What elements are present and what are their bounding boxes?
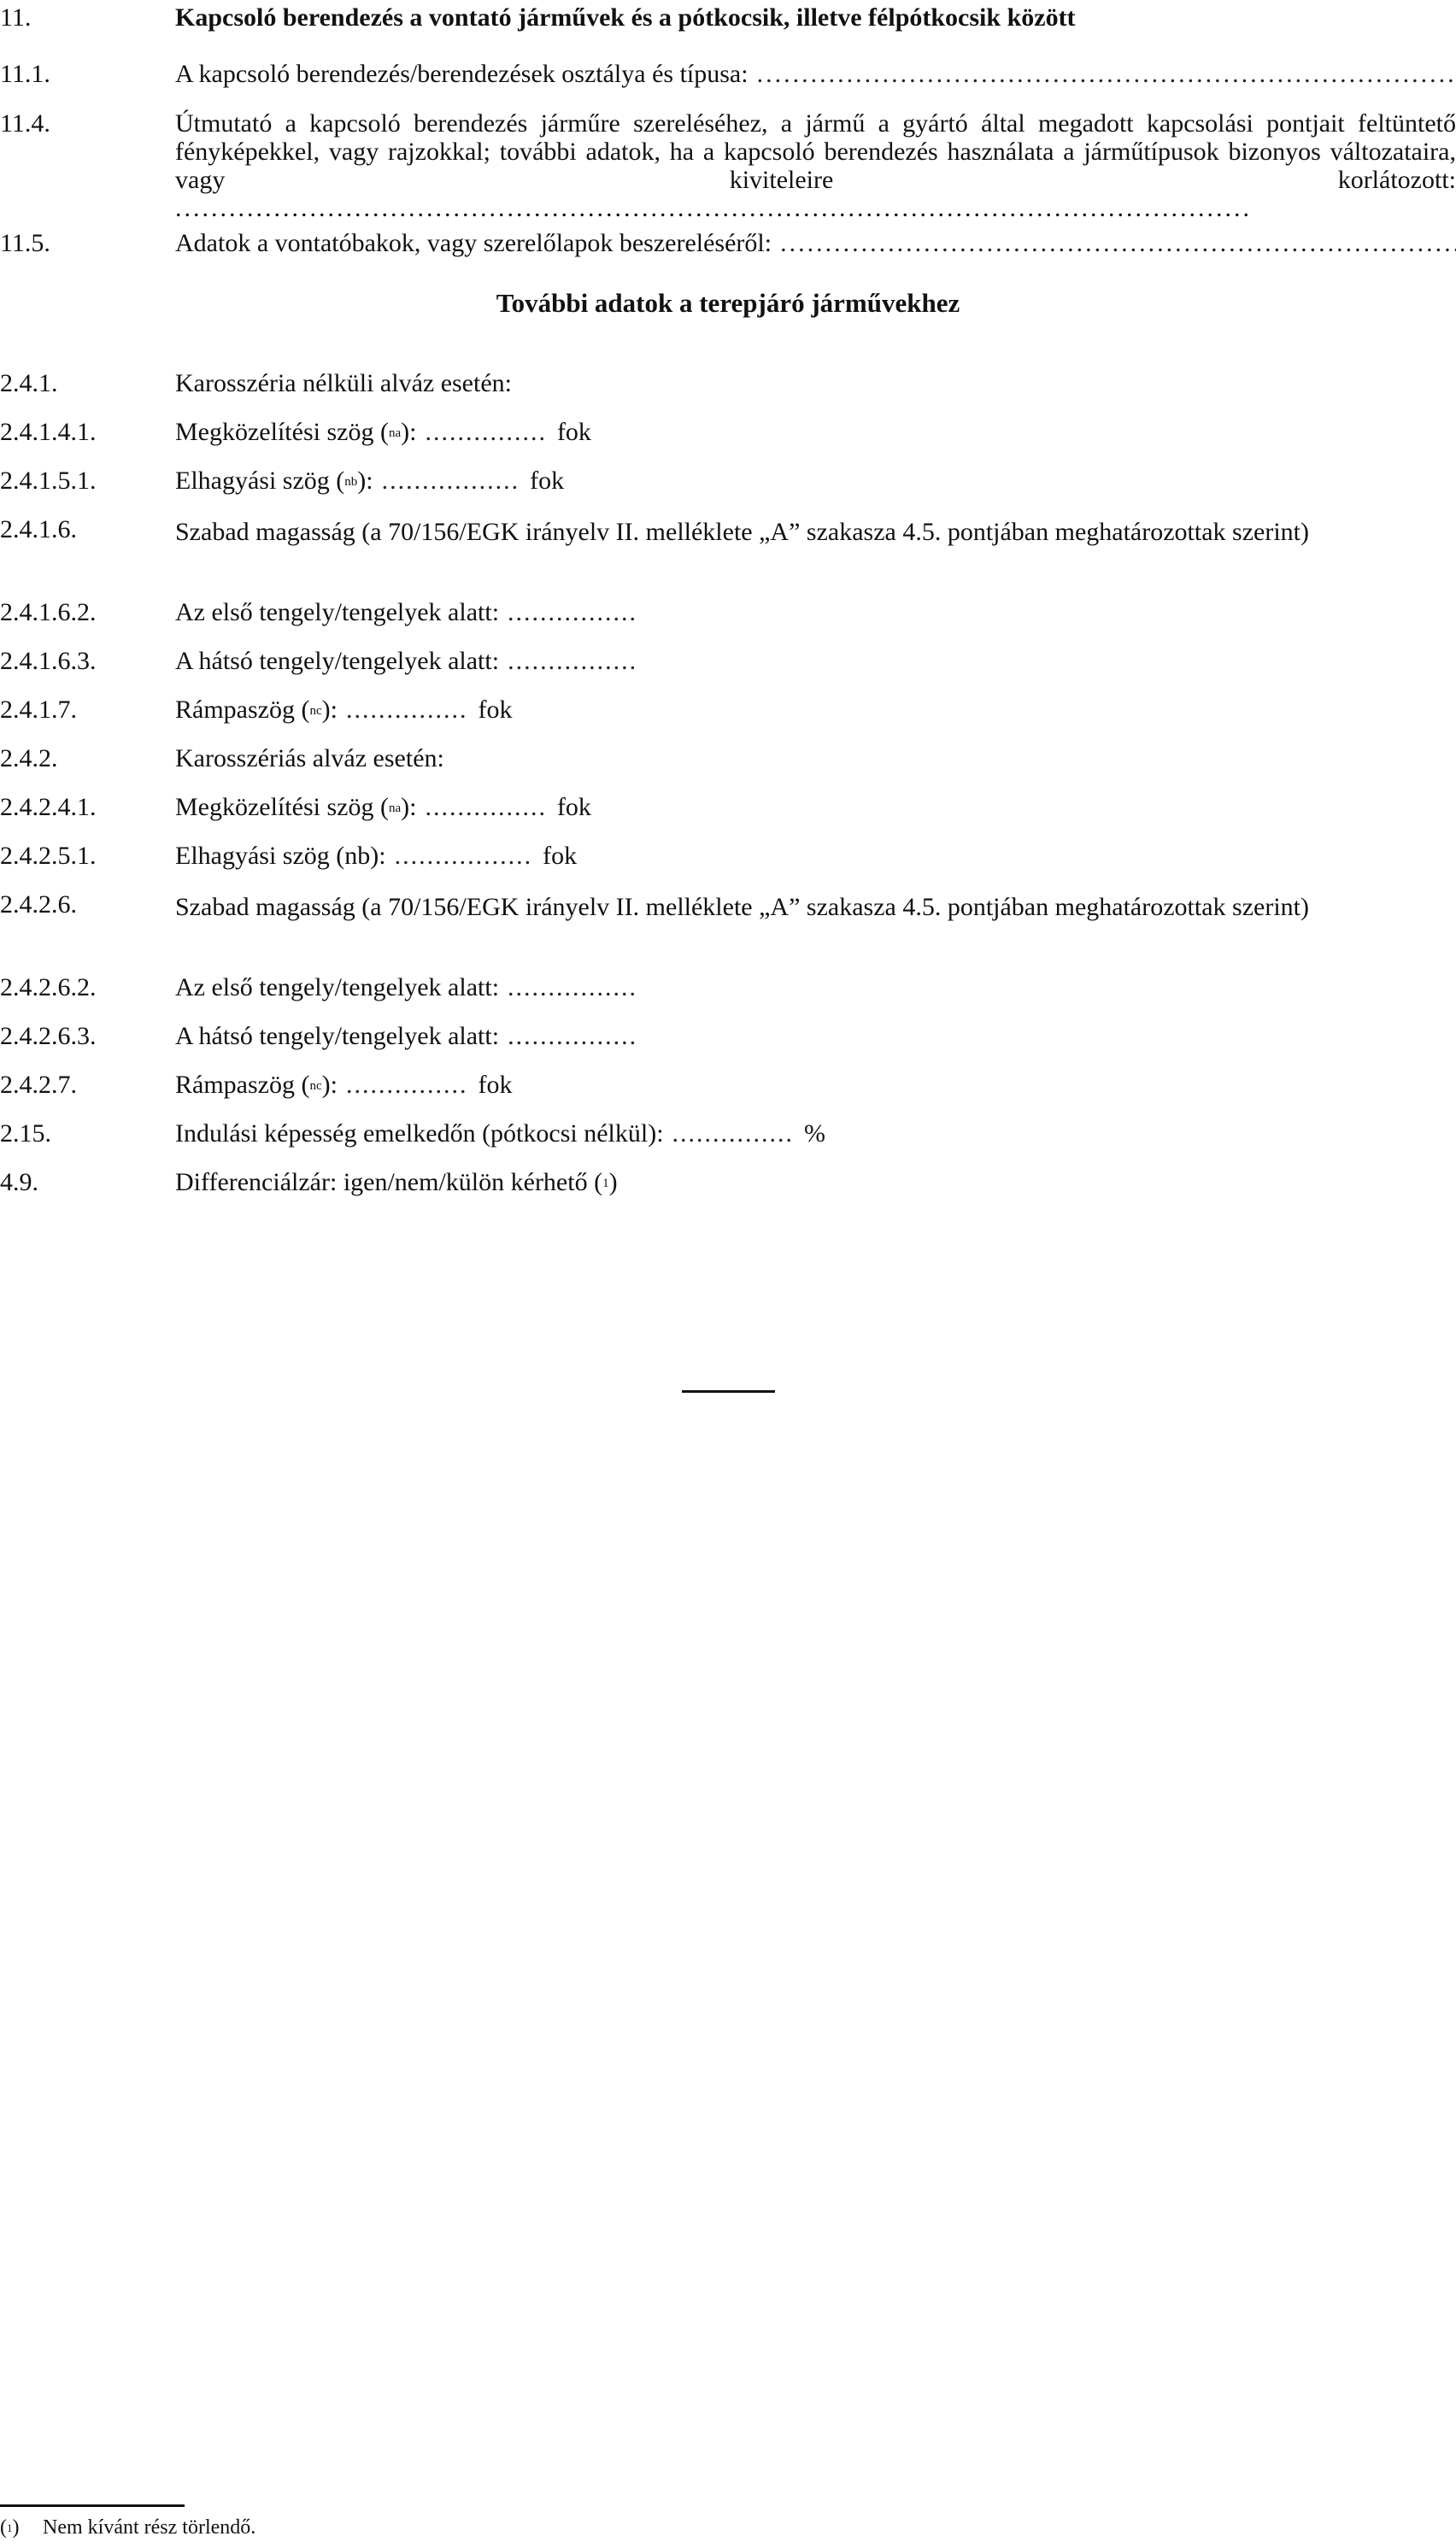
item-number: 2.4.1.7. — [0, 696, 175, 725]
fill-in-field[interactable]: ............... — [425, 793, 547, 821]
offroad-item: 2.4.2.6.3.A hátsó tengely/tengelyek alat… — [0, 1022, 1456, 1051]
item-body: Karosszériás alváz esetén: — [175, 744, 1456, 773]
fill-in-leader[interactable]: ........................................… — [780, 229, 1456, 258]
section-title: Kapcsoló berendezés a vontató járművek é… — [175, 3, 1456, 32]
item-11-1: 11.1. A kapcsoló berendezés/berendezések… — [0, 60, 1456, 89]
unit-label: fok — [557, 418, 591, 446]
item-number: 11.4. — [0, 109, 175, 138]
footnote: (1)Nem kívánt rész törlendő. — [0, 2516, 255, 2539]
fill-in-field[interactable]: ................ — [508, 647, 637, 675]
unit-label: fok — [543, 842, 577, 870]
offroad-item: 2.4.2.7.Rámpaszög (nc):...............fo… — [0, 1071, 1456, 1100]
item-11-4: 11.4. Útmutató a kapcsoló berendezés jár… — [0, 109, 1456, 222]
item-number: 2.4.1.6.2. — [0, 598, 175, 627]
fill-in-field[interactable]: ................ — [508, 1022, 637, 1050]
item-body: A hátsó tengely/tengelyek alatt:........… — [175, 1022, 1456, 1051]
item-number: 2.4.2. — [0, 744, 175, 773]
fill-in-field[interactable]: ................ — [508, 598, 637, 626]
item-text: Karosszéria nélküli alváz esetén: — [175, 369, 512, 397]
item-11-5: 11.5. Adatok a vontatóbakok, vagy szerel… — [0, 229, 1456, 258]
item-text: Az első tengely/tengelyek alatt: — [175, 598, 499, 626]
item-number: 2.4.1.4.1. — [0, 418, 175, 447]
item-text: Rámpaszög ( — [175, 696, 309, 724]
item-body: Rámpaszög (nc):...............fok — [175, 1071, 1456, 1100]
item-text: Szabad magasság (a 70/156/EGK irányelv I… — [175, 518, 1309, 546]
item-body: Útmutató a kapcsoló berendezés járműre s… — [175, 109, 1456, 222]
item-body: Szabad magasság (a 70/156/EGK irányelv I… — [175, 515, 1456, 549]
offroad-item: 2.4.1.4.1.Megközelítési szög (na):......… — [0, 418, 1456, 447]
offroad-item: 2.4.2.5.1.Elhagyási szög (nb):..........… — [0, 842, 1456, 871]
unit-label: fok — [530, 467, 564, 495]
item-text-suffix: ): — [401, 793, 416, 821]
unit-label: fok — [557, 793, 591, 821]
item-body: Rámpaszög (nc):...............fok — [175, 696, 1456, 725]
item-body: A hátsó tengely/tengelyek alatt:........… — [175, 647, 1456, 676]
item-text-suffix: ): — [322, 696, 338, 724]
item-text: Útmutató a kapcsoló berendezés járműre s… — [175, 109, 1456, 194]
item-body: Szabad magasság (a 70/156/EGK irányelv I… — [175, 890, 1456, 925]
item-text: Karosszériás alváz esetén: — [175, 744, 444, 772]
item-number: 2.4.1. — [0, 369, 175, 398]
item-number: 11.1. — [0, 60, 175, 89]
offroad-item: 2.4.1.5.1.Elhagyási szög (nb):..........… — [0, 467, 1456, 496]
item-number: 2.4.2.6.3. — [0, 1022, 175, 1051]
offroad-item: 2.15.Indulási képesség emelkedőn (pótkoc… — [0, 1119, 1456, 1148]
item-text: Szabad magasság (a 70/156/EGK irányelv I… — [175, 893, 1309, 921]
superscript-note: nb — [344, 475, 357, 489]
item-body: Elhagyási szög (nb):.................fok — [175, 842, 1456, 871]
fill-in-field[interactable]: ................. — [382, 467, 520, 495]
item-text: Megközelítési szög ( — [175, 418, 389, 446]
fill-in-field[interactable]: ................ — [508, 973, 637, 1001]
section-11-title-row: 11. Kapcsoló berendezés a vontató járműv… — [0, 3, 1456, 32]
fill-in-leader[interactable]: ........................................… — [757, 60, 1456, 89]
item-number: 2.4.2.5.1. — [0, 842, 175, 871]
item-number: 2.15. — [0, 1119, 175, 1148]
item-text: A hátsó tengely/tengelyek alatt: — [175, 1022, 499, 1050]
item-text: A kapcsoló berendezés/berendezések osztá… — [175, 60, 749, 89]
item-text: Az első tengely/tengelyek alatt: — [175, 973, 499, 1001]
item-body: Adatok a vontatóbakok, vagy szerelőlapok… — [175, 229, 1456, 258]
fill-in-leader[interactable]: ........................................… — [175, 194, 1252, 222]
item-text-suffix: ) — [609, 1168, 618, 1196]
item-number: 4.9. — [0, 1168, 175, 1197]
superscript-note: nc — [309, 1079, 321, 1093]
item-number: 2.4.1.6.3. — [0, 647, 175, 676]
item-body: Differenciálzár: igen/nem/külön kérhető … — [175, 1168, 1456, 1197]
item-text: A hátsó tengely/tengelyek alatt: — [175, 647, 499, 675]
offroad-item: 2.4.2.Karosszériás alváz esetén: — [0, 744, 1456, 773]
fill-in-field[interactable]: ............... — [346, 696, 468, 724]
section-number: 11. — [0, 3, 175, 32]
item-text-suffix: ): — [401, 418, 416, 446]
item-number: 2.4.2.6. — [0, 890, 175, 919]
fill-in-field[interactable]: ............... — [346, 1071, 468, 1099]
offroad-item: 2.4.2.6.Szabad magasság (a 70/156/EGK ir… — [0, 890, 1456, 925]
item-number: 11.5. — [0, 229, 175, 258]
offroad-item: 2.4.2.4.1.Megközelítési szög (na):......… — [0, 793, 1456, 822]
item-number: 2.4.2.6.2. — [0, 973, 175, 1002]
item-number: 2.4.2.7. — [0, 1071, 175, 1100]
item-text-suffix: ): — [322, 1071, 338, 1099]
item-text: Indulási képesség emelkedőn (pótkocsi né… — [175, 1119, 664, 1148]
item-text: Elhagyási szög (nb): — [175, 842, 386, 870]
item-number: 2.4.1.5.1. — [0, 467, 175, 496]
footnote-text: Nem kívánt rész törlendő. — [43, 2516, 255, 2539]
item-text-suffix: ): — [357, 467, 373, 495]
end-separator — [682, 1390, 775, 1393]
offroad-item: 2.4.1.6.2.Az első tengely/tengelyek alat… — [0, 598, 1456, 627]
fill-in-field[interactable]: ............... — [425, 418, 547, 446]
offroad-item: 2.4.1.6.Szabad magasság (a 70/156/EGK ir… — [0, 515, 1456, 549]
fill-in-field[interactable]: ............... — [672, 1119, 795, 1148]
offroad-item: 4.9.Differenciálzár: igen/nem/külön kérh… — [0, 1168, 1456, 1197]
offroad-item: 2.4.1.6.3.A hátsó tengely/tengelyek alat… — [0, 647, 1456, 676]
item-body: Az első tengely/tengelyek alatt:........… — [175, 973, 1456, 1002]
offroad-item: 2.4.1.Karosszéria nélküli alváz esetén: — [0, 369, 1456, 398]
footnote-mark: (1) — [0, 2516, 43, 2539]
fill-in-field[interactable]: ................. — [395, 842, 533, 870]
superscript-note: 1 — [602, 1177, 609, 1190]
unit-label: fok — [478, 1071, 512, 1099]
item-body: Megközelítési szög (na):...............f… — [175, 418, 1456, 447]
item-number: 2.4.2.4.1. — [0, 793, 175, 822]
item-body: Megközelítési szög (na):...............f… — [175, 793, 1456, 822]
superscript-note: na — [389, 426, 401, 440]
superscript-note: nc — [309, 704, 321, 718]
superscript-note: na — [389, 801, 401, 815]
item-text: Differenciálzár: igen/nem/külön kérhető … — [175, 1168, 602, 1196]
item-text: Megközelítési szög ( — [175, 793, 389, 821]
item-text: Rámpaszög ( — [175, 1071, 309, 1099]
item-body: Indulási képesség emelkedőn (pótkocsi né… — [175, 1119, 1456, 1148]
offroad-item: 2.4.2.6.2.Az első tengely/tengelyek alat… — [0, 973, 1456, 1002]
item-body: Az első tengely/tengelyek alatt:........… — [175, 598, 1456, 627]
item-body: Elhagyási szög (nb):.................fok — [175, 467, 1456, 496]
item-text: Elhagyási szög ( — [175, 467, 344, 495]
item-text: Adatok a vontatóbakok, vagy szerelőlapok… — [175, 229, 772, 258]
offroad-item: 2.4.1.7.Rámpaszög (nc):...............fo… — [0, 696, 1456, 725]
unit-label: fok — [478, 696, 512, 724]
item-body: Karosszéria nélküli alváz esetén: — [175, 369, 1456, 398]
unit-label: % — [804, 1119, 825, 1148]
item-body: A kapcsoló berendezés/berendezések osztá… — [175, 60, 1456, 89]
offroad-heading: További adatok a terepjáró járművekhez — [0, 289, 1456, 318]
footnote-rule — [0, 2504, 185, 2507]
item-number: 2.4.1.6. — [0, 515, 175, 544]
